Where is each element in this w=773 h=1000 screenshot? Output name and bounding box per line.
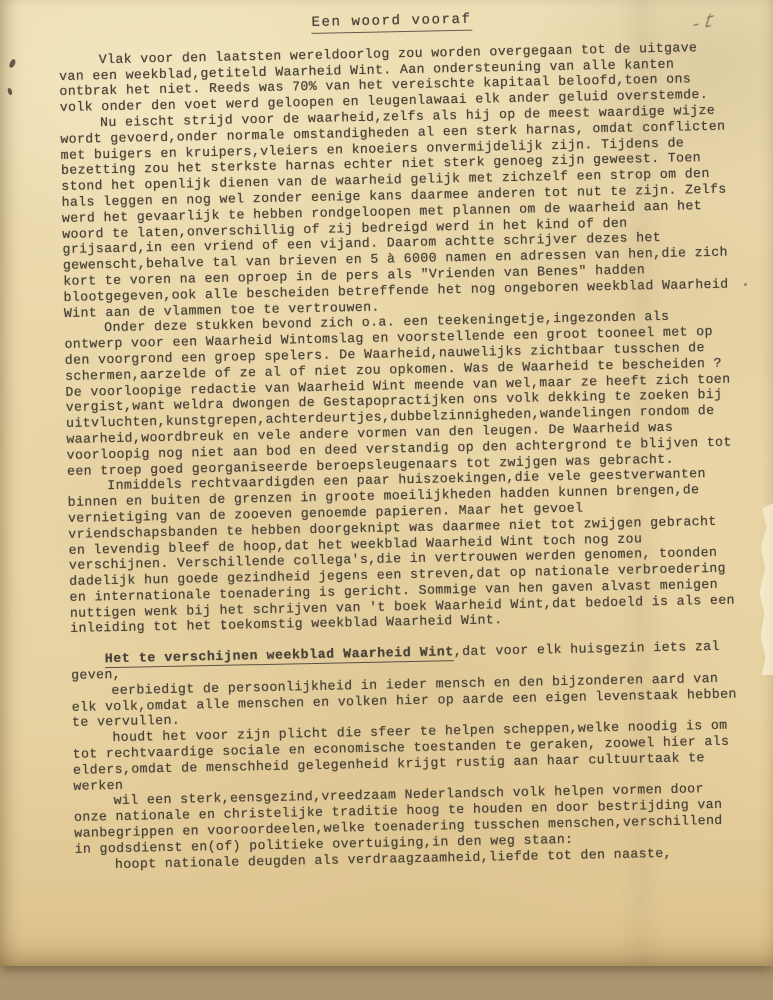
- section-heading: Het te verschijnen weekblad Waarheid Win…: [105, 644, 454, 668]
- document-content: Een woord vooraf Vlak voor den laatsten …: [58, 7, 742, 874]
- paper-tear: [758, 503, 773, 675]
- document-title: Een woord vooraf: [311, 13, 471, 34]
- ink-speck: [744, 283, 747, 286]
- paragraph: Onder deze stukken bevond zich o.a. een …: [64, 308, 734, 479]
- paper-sheet: -t Een woord vooraf Vlak voor den laatst…: [0, 0, 773, 966]
- paragraph: Inmiddels rechtvaardigden een paar huisz…: [67, 466, 737, 637]
- ink-speck: [222, 626, 225, 630]
- ink-speck: [8, 58, 17, 68]
- paragraph: Nu eischt strijd voor de waarheid,zelfs …: [60, 103, 731, 322]
- title-row: Een woord vooraf: [58, 7, 725, 39]
- ink-speck: [7, 88, 13, 96]
